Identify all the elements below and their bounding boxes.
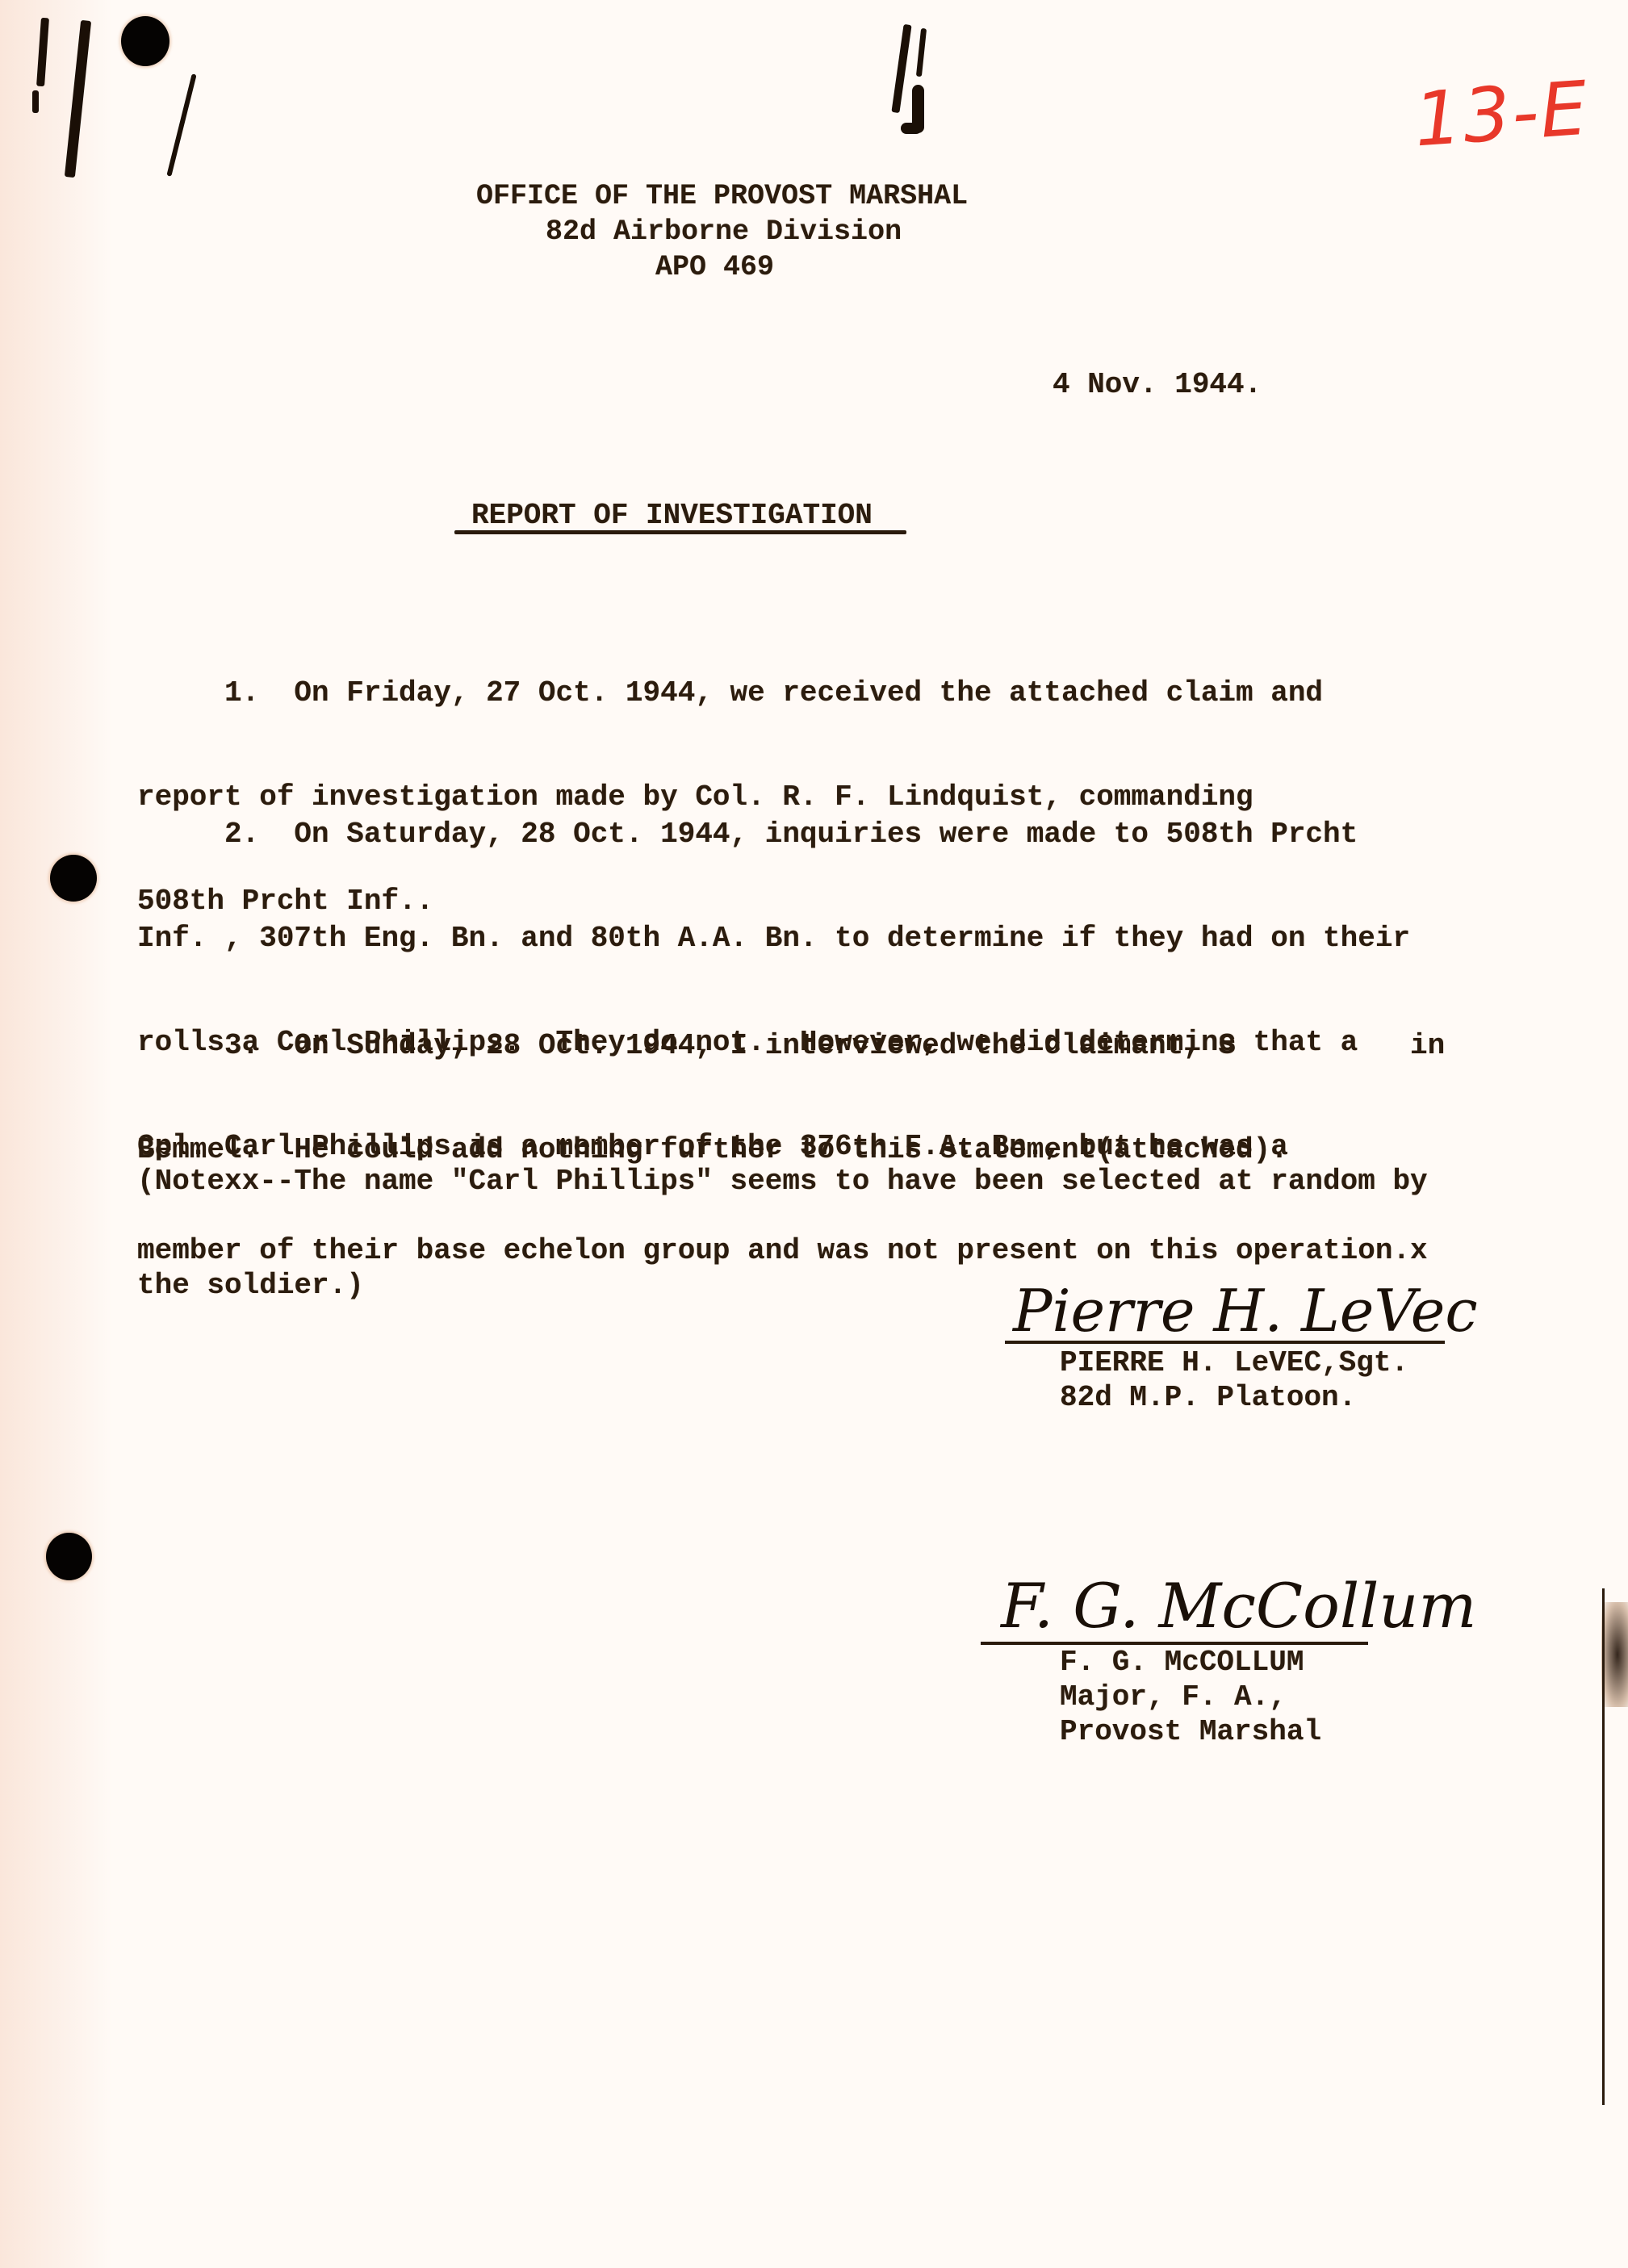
paragraph-1-line-1: 1. On Friday, 27 Oct. 1944, we received … (137, 676, 1323, 710)
letterhead-office: OFFICE OF THE PROVOST MARSHAL (476, 179, 968, 214)
signer-unit-levec: 82d M.P. Platoon. (1060, 1380, 1356, 1415)
signer-name-levec: PIERRE H. LeVEC,Sgt. (1060, 1345, 1408, 1380)
paragraph-2-line-2: Inf. , 307th Eng. Bn. and 80th A.A. Bn. … (137, 921, 1428, 956)
paragraph-2-line-1: 2. On Saturday, 28 Oct. 1944, inquiries … (137, 817, 1428, 852)
ink-mark-4 (166, 73, 196, 177)
punch-hole-middle (50, 855, 97, 902)
letterhead-division: 82d Airborne Division (546, 215, 902, 249)
punch-hole-top (121, 16, 169, 66)
document-date: 4 Nov. 1944. (1053, 367, 1262, 402)
file-mark-red: 13-E (1412, 65, 1592, 164)
title-underline (454, 530, 906, 534)
ink-mark-2 (32, 90, 39, 113)
handwritten-signature-mccollum: F. G. McCollum (1001, 1570, 1476, 1642)
ink-smudge-right-edge (1601, 1602, 1628, 1707)
signature-line-levec (1005, 1341, 1445, 1344)
signer-title-mccollum: Provost Marshal (1060, 1714, 1321, 1749)
document-title: REPORT OF INVESTIGATION (471, 498, 873, 533)
signer-rank-mccollum: Major, F. A., (1060, 1680, 1287, 1714)
clip-mark (898, 24, 934, 137)
note-line-1: (Notexx--The name "Carl Phillips" seems … (137, 1164, 1428, 1199)
punch-hole-bottom (46, 1533, 92, 1580)
signer-name-mccollum: F. G. McCOLLUM (1060, 1645, 1304, 1680)
page-edge-line (1602, 1588, 1605, 2105)
paragraph-3-line-1: 3. On Sunday, 28 Oct. 1944, I interviewe… (137, 1028, 1445, 1063)
letterhead-apo: APO 469 (655, 250, 774, 285)
paper-edge-tint (0, 0, 113, 2268)
handwritten-signature-levec: Pierre H. LeVec (1013, 1277, 1478, 1345)
